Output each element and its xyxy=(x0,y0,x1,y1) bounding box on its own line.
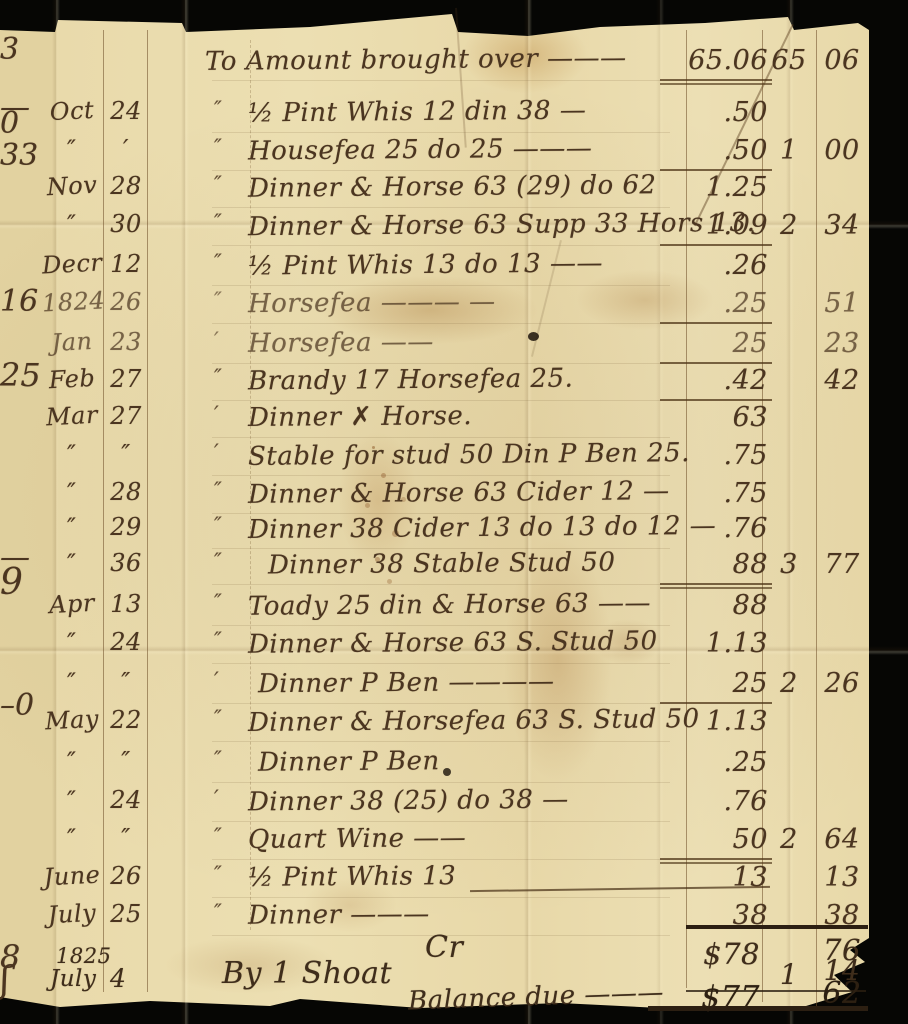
dollars-cell: 65 xyxy=(763,45,815,76)
cutoff-fragment: 25 xyxy=(0,356,44,394)
entry-description: ½ Pint Whis 13 xyxy=(248,861,456,893)
ditto-mark: ″ xyxy=(214,706,222,730)
ditto-mark: ″ xyxy=(214,549,222,573)
ditto-mark: ″ xyxy=(214,135,222,159)
ditto-mark: ″ xyxy=(214,590,222,614)
amount-cell: 63 xyxy=(650,402,768,433)
credit-year: 1825 xyxy=(56,944,111,968)
ditto-mark: ″ xyxy=(214,288,222,312)
dollars-cell: 1 xyxy=(763,135,815,166)
month-cell: ″ xyxy=(41,438,102,469)
month-cell: Mar xyxy=(41,400,102,431)
amount-cell: 88 xyxy=(650,590,768,621)
entry-description: ½ Pint Whis 12 din 38 — xyxy=(248,96,587,129)
day-cell: 13 xyxy=(102,590,150,618)
entry-description: Toady 25 din & Horse 63 —— xyxy=(248,588,651,622)
amount-cell: .25 xyxy=(650,288,768,319)
faint-guide-line xyxy=(212,132,670,133)
faint-guide-line xyxy=(212,821,670,822)
amount-cell: 50 xyxy=(650,824,768,855)
ledger-row: ″″′Stable for stud 50 Din P Ben 25..75 xyxy=(0,440,908,480)
month-cell: June xyxy=(41,860,102,891)
entry-description: Brandy 17 Horsefea 25. xyxy=(248,364,574,397)
ditto-mark: ′ xyxy=(214,402,219,426)
dollars-cell: 2 xyxy=(763,210,815,241)
cents-cell: 26 xyxy=(817,668,867,699)
ditto-mark: ″ xyxy=(214,172,222,196)
month-cell: 1824 xyxy=(41,286,102,317)
cutoff-fragment: 16 xyxy=(0,284,44,319)
amount-cell: 88 xyxy=(650,549,768,580)
dollars-cell: 2 xyxy=(763,824,815,855)
cutoff-fragment: 33 xyxy=(0,138,44,173)
day-cell: ″ xyxy=(102,668,150,696)
ditto-mark: ″ xyxy=(214,824,222,848)
month-cell: ″ xyxy=(41,784,102,815)
month-cell: ″ xyxy=(41,208,102,239)
amount-cell: .50 xyxy=(650,97,768,128)
amount-underline-single xyxy=(660,322,772,324)
day-cell: 24 xyxy=(102,628,150,656)
faint-guide-line xyxy=(212,207,670,208)
ledger-row: May22″Dinner & Horsefea 63 S. Stud 501.1… xyxy=(0,706,908,746)
day-cell: ′ xyxy=(102,135,150,163)
ledger-row: ″29″Dinner 38 Cider 13 do 13 do 12 —.76 xyxy=(0,513,908,553)
month-cell: July xyxy=(41,898,102,929)
dollars-cell: 3 xyxy=(763,549,815,580)
entry-description: Dinner 38 (25) do 38 — xyxy=(248,785,569,818)
day-cell: 24 xyxy=(102,97,150,125)
month-cell: Oct xyxy=(41,95,102,126)
faint-guide-line xyxy=(212,80,670,81)
cutoff-fragment: ʃ xyxy=(0,960,44,1001)
entry-description: Dinner P Ben xyxy=(258,746,440,778)
entry-description: Horsefea ——— — xyxy=(248,287,496,319)
ditto-mark: ″ xyxy=(214,210,222,234)
amount-cell: 1.13 xyxy=(650,628,768,659)
entry-description: To Amount brought over ——— xyxy=(205,43,627,77)
ditto-mark: ′ xyxy=(214,440,219,464)
day-cell: 24 xyxy=(102,786,150,814)
credit-dollars: 1 xyxy=(763,958,815,991)
amount-cell: .50 xyxy=(650,135,768,166)
amount-underline-double xyxy=(660,858,772,860)
ledger-row: Mar27′Dinner ✗ Horse.63 xyxy=(0,402,908,442)
month-cell: ″ xyxy=(41,822,102,853)
amount-underline-single xyxy=(660,169,772,171)
ledger-row: Oct24″½ Pint Whis 12 din 38 —.50 xyxy=(0,97,908,137)
balance-heavy-rule xyxy=(648,1006,868,1011)
total-heavy-rule xyxy=(686,925,868,929)
entry-description: Dinner 38 Stable Stud 50 xyxy=(268,547,616,580)
faint-guide-line xyxy=(212,782,670,783)
entry-description: ½ Pint Whis 13 do 13 —— xyxy=(248,248,603,281)
day-cell: 36 xyxy=(102,549,150,577)
ledger-row: Decr12″½ Pint Whis 13 do 13 ——.26 xyxy=(0,250,908,290)
debit-total-dollars: $78 xyxy=(686,937,760,971)
ditto-mark: ″ xyxy=(214,250,222,274)
day-cell: 23 xyxy=(102,328,150,356)
credit-month: July xyxy=(50,966,96,992)
faint-guide-line xyxy=(212,285,670,286)
amount-cell: 1.09 xyxy=(650,210,768,241)
ledger-row: ″″″Dinner P Ben.25 xyxy=(0,747,908,787)
entry-description: Dinner & Horsefea 63 S. Stud 50 xyxy=(248,704,700,738)
cents-cell: 77 xyxy=(817,549,867,580)
amount-cell: .25 xyxy=(650,747,768,778)
day-cell: 26 xyxy=(102,862,150,890)
month-cell: ″ xyxy=(41,745,102,776)
day-cell: 30 xyxy=(102,210,150,238)
cutoff-fragment: –0 xyxy=(0,688,44,723)
amount-underline-single xyxy=(660,244,772,246)
day-cell: 12 xyxy=(102,250,150,278)
ditto-mark: ″ xyxy=(214,97,222,121)
ditto-mark: ″ xyxy=(214,628,222,652)
faint-guide-line xyxy=(212,703,670,704)
ditto-mark: ″ xyxy=(214,747,222,771)
entry-description: Dinner ——— xyxy=(248,899,430,931)
amount-cell: .76 xyxy=(650,513,768,544)
entry-description: Horsefea —— xyxy=(248,327,434,359)
entry-description: Quart Wine —— xyxy=(248,823,466,855)
day-cell: 28 xyxy=(102,172,150,200)
amount-cell: 1.13 xyxy=(650,706,768,737)
day-cell: ″ xyxy=(102,747,150,775)
amount-cell: .75 xyxy=(650,478,768,509)
month-cell: May xyxy=(41,704,102,735)
cutoff-fragment: 9 xyxy=(0,562,44,603)
faint-guide-line xyxy=(212,897,670,898)
cents-cell: 00 xyxy=(817,135,867,166)
ditto-mark: ″ xyxy=(214,900,222,924)
faint-guide-line xyxy=(212,663,670,664)
day-cell: 27 xyxy=(102,365,150,393)
cents-cell: 13 xyxy=(817,862,867,893)
entry-description: Dinner P Ben ———— xyxy=(258,667,555,700)
entry-description: Dinner 38 Cider 13 do 13 do 12 — xyxy=(248,511,716,545)
amount-cell: 25 xyxy=(650,668,768,699)
entry-description: Dinner ✗ Horse. xyxy=(248,401,472,433)
day-cell: 27 xyxy=(102,402,150,430)
amount-underline-double xyxy=(660,79,772,81)
dollars-cell: 2 xyxy=(763,668,815,699)
month-cell: ″ xyxy=(41,511,102,542)
faint-guide-line xyxy=(212,584,670,585)
ledger-row: ″24′Dinner 38 (25) do 38 —.76 xyxy=(0,786,908,826)
cents-cell: 51 xyxy=(817,288,867,319)
day-cell: 29 xyxy=(102,513,150,541)
ditto-mark: ″ xyxy=(214,513,222,537)
month-cell: Nov xyxy=(41,170,102,201)
month-cell: Feb xyxy=(41,363,102,394)
amount-cell: .26 xyxy=(650,250,768,281)
ledger-row: Nov28″Dinner & Horse 63 (29) do 621.25 xyxy=(0,172,908,212)
amount-cell: 1.25 xyxy=(650,172,768,203)
entry-description: Dinner & Horse 63 S. Stud 50 xyxy=(248,626,658,660)
cents-cell: 06 xyxy=(817,45,867,76)
month-cell: Apr xyxy=(41,588,102,619)
amount-underline-single xyxy=(660,362,772,364)
amount-underline-single xyxy=(660,399,772,401)
credit-entry-desc: By 1 Shoat xyxy=(222,956,392,991)
amount-cell: .42 xyxy=(650,365,768,396)
cents-cell: 23 xyxy=(817,328,867,359)
ledger-row: Apr13″Toady 25 din & Horse 63 ——88 xyxy=(0,590,908,630)
credit-day: 4 xyxy=(110,964,126,993)
month-cell: Jan xyxy=(41,326,102,357)
entry-description: Stable for stud 50 Din P Ben 25. xyxy=(248,438,690,472)
ledger-row: June26″½ Pint Whis 131313 xyxy=(0,862,908,902)
cutoff-fragment: 0 xyxy=(0,106,44,141)
faint-guide-line xyxy=(212,741,670,742)
faint-guide-line xyxy=(212,859,670,860)
day-cell: 28 xyxy=(102,478,150,506)
day-cell: ″ xyxy=(102,824,150,852)
entry-description: Housefea 25 do 25 ——— xyxy=(248,133,593,166)
ditto-mark: ′ xyxy=(214,668,219,692)
ledger-row: ″24″Dinner & Horse 63 S. Stud 501.13 xyxy=(0,628,908,668)
faint-guide-line xyxy=(212,245,670,246)
cents-cell: 42 xyxy=(817,365,867,396)
cents-cell: 64 xyxy=(817,824,867,855)
ditto-mark: ′ xyxy=(214,786,219,810)
month-cell: ″ xyxy=(41,626,102,657)
amount-cell: 25 xyxy=(650,328,768,359)
ditto-mark: ″ xyxy=(214,478,222,502)
entry-description: Dinner & Horse 63 (29) do 62 xyxy=(248,170,657,204)
faint-guide-line xyxy=(212,323,670,324)
amount-underline-double xyxy=(660,583,772,585)
day-cell: ″ xyxy=(102,440,150,468)
amount-cell: 65.06 xyxy=(650,45,768,76)
month-cell: ″ xyxy=(41,476,102,507)
cents-cell: 34 xyxy=(817,210,867,241)
ledger-row: ″28″Dinner & Horse 63 Cider 12 —.75 xyxy=(0,478,908,518)
ditto-mark: ″ xyxy=(214,365,222,389)
ditto-mark: ′ xyxy=(214,328,219,352)
day-cell: 22 xyxy=(102,706,150,734)
ditto-mark: ″ xyxy=(214,862,222,886)
amount-cell: .76 xyxy=(650,786,768,817)
day-cell: 25 xyxy=(102,900,150,928)
day-cell: 26 xyxy=(102,288,150,316)
month-cell: Decr xyxy=(41,248,102,279)
month-cell: ″ xyxy=(41,133,102,164)
amount-cell: .75 xyxy=(650,440,768,471)
cutoff-fragment: 3 xyxy=(0,32,44,67)
entry-description: Dinner & Horse 63 Cider 12 — xyxy=(248,476,670,510)
month-cell: ″ xyxy=(41,547,102,578)
credit-header: Cr xyxy=(425,930,463,965)
month-cell: ″ xyxy=(41,666,102,697)
